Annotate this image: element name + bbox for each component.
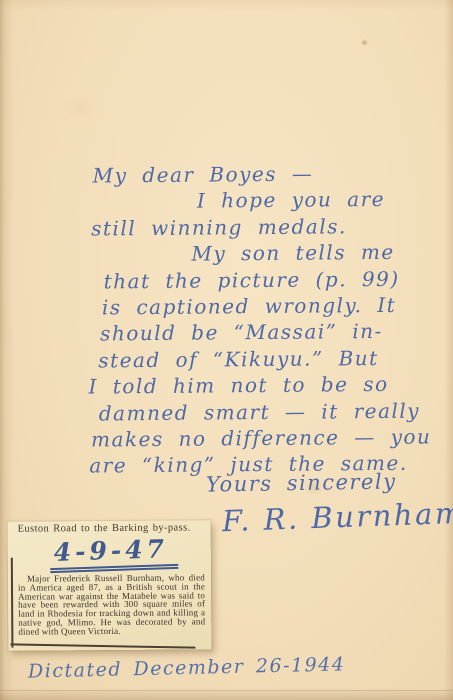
letter-signature: F. R. Burnham (221, 496, 453, 538)
clipping-body-text: Major Frederick Russell Burnham, who die… (18, 573, 205, 636)
clipping-column-rule (11, 558, 13, 648)
letter-line: should be “Massai” in- (100, 318, 444, 347)
letter-line: My son tells me (191, 239, 443, 268)
letter-line: stead of “Kikuyu.” But (98, 344, 444, 373)
letter-closing: Yours sincerely (206, 469, 397, 496)
letter-body: My dear Boyes — I hope you are still win… (87, 159, 446, 479)
letter-line: that the picture (p. 99) (104, 265, 444, 294)
dictation-note: Dictated December 26-1944 (28, 653, 346, 682)
letter-page: My dear Boyes — I hope you are still win… (0, 0, 453, 700)
paper-stain (361, 39, 368, 46)
letter-line: damned smart — it really (99, 397, 445, 426)
clipping-bottom-rule (10, 643, 195, 648)
paper-stain (60, 95, 100, 117)
clipping-handwritten-date: 4-9-47 (49, 534, 178, 573)
paper-crease (0, 690, 453, 692)
letter-line: is captioned wrongly. It (102, 291, 444, 320)
letter-line: still winning medals. (91, 212, 443, 241)
letter-line: I hope you are (197, 186, 443, 215)
newspaper-clipping: Euston Road to the Barking by-pass. 4-9-… (8, 520, 212, 650)
letter-line: I told him not to be so (88, 371, 444, 401)
clipping-date-row: 4-9-47 (50, 535, 211, 571)
letter-line: makes no difference — you (91, 424, 445, 453)
letter-line: My dear Boyes — (93, 159, 443, 188)
